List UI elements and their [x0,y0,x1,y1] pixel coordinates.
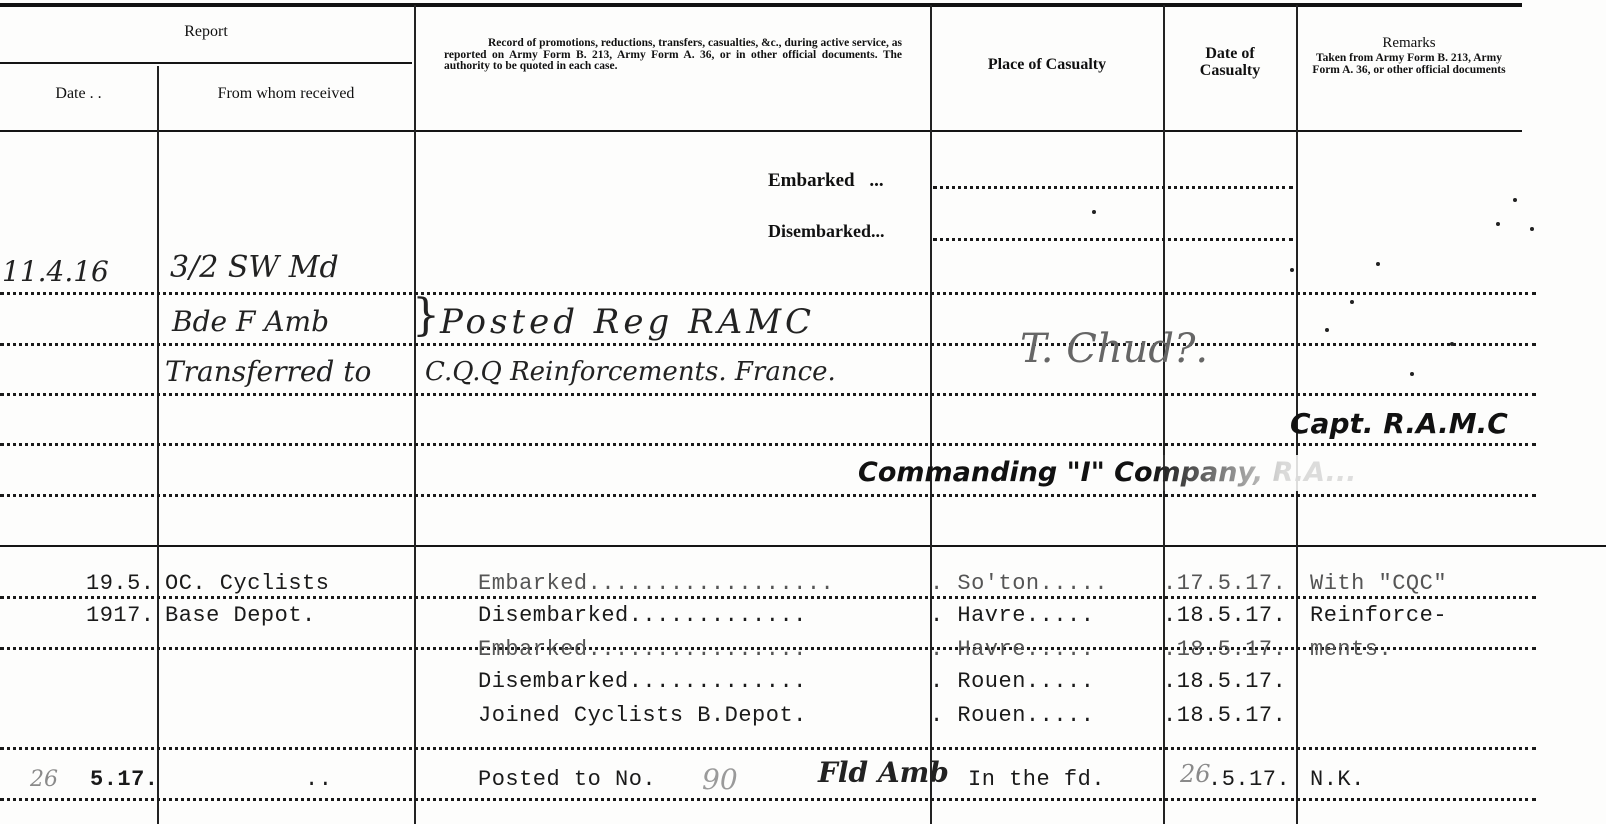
handwritten-date: 11.4.16 [2,255,109,288]
signature: T. Chud?. [1020,326,1208,372]
row-rule [0,798,1536,801]
row-rule [0,343,1536,346]
typed-record: Disembarked............. [478,603,807,628]
typed-date: 19.5. [86,571,155,596]
typed-record: Joined Cyclists B.Depot. [478,703,807,728]
embarked-place-rule [933,186,1293,189]
stamp-rank: Capt. R.A.M.C [1290,407,1508,440]
header-place-of-casualty: Place of Casualty [931,57,1163,74]
ink-speck [1530,227,1534,231]
row-rule [0,747,1536,750]
typed-date-casualty: .18.5.17. [1163,669,1286,694]
handwritten-from-line1: 3/2 SW Md [170,250,339,285]
typed-place: . Havre..... [930,603,1094,628]
header-date-of-casualty-line1: Date of [1164,46,1296,63]
header-from-whom: From whom received [158,86,414,103]
final-remarks: N.K. [1310,767,1365,792]
typed-date-casualty: .18.5.17. [1163,703,1286,728]
header-date-of-casualty-line2: Casualty [1164,63,1296,80]
ink-speck [1513,198,1517,202]
final-date-casualty-typed: .5.17. [1208,767,1290,792]
typed-record: Disembarked............. [478,669,807,694]
handwritten-from-line2: Bde F Amb [172,305,329,338]
header-date-of-casualty: Date of Casualty [1164,46,1296,80]
disembarked-place-rule [933,238,1293,241]
final-place: In the fd. [968,767,1105,792]
typed-from: OC. Cyclists [165,571,329,596]
typed-date-casualty: .18.5.17. [1163,603,1286,628]
typed-remarks: ments. [1310,637,1392,662]
typed-date: 1917. [86,603,155,628]
typed-date-casualty: .17.5.17. [1163,571,1286,596]
typed-record: Embarked.................. [478,571,834,596]
ink-speck [1325,328,1329,332]
typed-place: . Rouen..... [930,669,1094,694]
typed-record: Embarked................ [478,637,807,662]
final-date-day-handwritten: 26 [30,767,58,792]
header-report: Report [0,24,412,41]
handwritten-record-line1: Posted Reg RAMC [440,302,815,342]
row-rule [0,393,1536,396]
header-remarks-title: Remarks [1298,36,1520,52]
header-date: Date . . [0,86,157,103]
disembarked-label: Disembarked... [768,221,885,242]
stamp-fade-overlay [1150,455,1530,491]
ink-speck [1376,262,1380,266]
final-date-typed: 5.17. [90,767,159,792]
ink-speck [1496,222,1500,226]
ink-speck [1350,300,1354,304]
header-bottom-rule [0,130,1522,132]
row-rule [0,494,1536,497]
ink-speck [1450,342,1454,346]
report-subheader-rule [0,62,412,64]
header-remarks: Remarks Taken from Army Form B. 213, Arm… [1298,36,1520,76]
final-record-number-handwritten: 90 [702,763,738,796]
typed-remarks: With "CQC" [1310,571,1447,596]
final-record-unit-handwritten: Fld Amb [818,756,949,789]
row-rule [0,292,1536,295]
col-divider-place-date [1163,5,1165,824]
brace-mark: } [412,290,440,341]
final-date-casualty-handwritten: 26 [1180,760,1211,788]
ink-speck [1092,210,1096,214]
typed-date-casualty: .18.5.17. [1163,637,1286,662]
typed-place: . Havre..... [930,637,1094,662]
embarked-label: Embarked ... [768,170,884,192]
ink-speck [1410,372,1414,376]
typed-from: Base Depot. [165,603,316,628]
row-rule [0,443,1536,446]
ink-speck [1290,268,1294,272]
typed-place: . Rouen..... [930,703,1094,728]
handwritten-from-line3: Transferred to [165,355,371,388]
header-record: Record of promotions, reductions, transf… [444,38,902,73]
col-divider-from-record [414,5,416,824]
section-divider-rule [0,545,1606,547]
top-border-rule [0,3,1522,7]
final-from: .. [305,767,332,792]
header-remarks-subtitle: Taken from Army Form B. 213, Army Form A… [1298,52,1520,76]
final-record-typed: Posted to No. [478,767,656,792]
typed-place: . So'ton..... [930,571,1108,596]
row-rule [0,596,1536,599]
handwritten-record-line2: C.Q.Q Reinforcements. France. [425,357,836,387]
col-divider-record-place [930,5,932,824]
typed-remarks: Reinforce- [1310,603,1447,628]
